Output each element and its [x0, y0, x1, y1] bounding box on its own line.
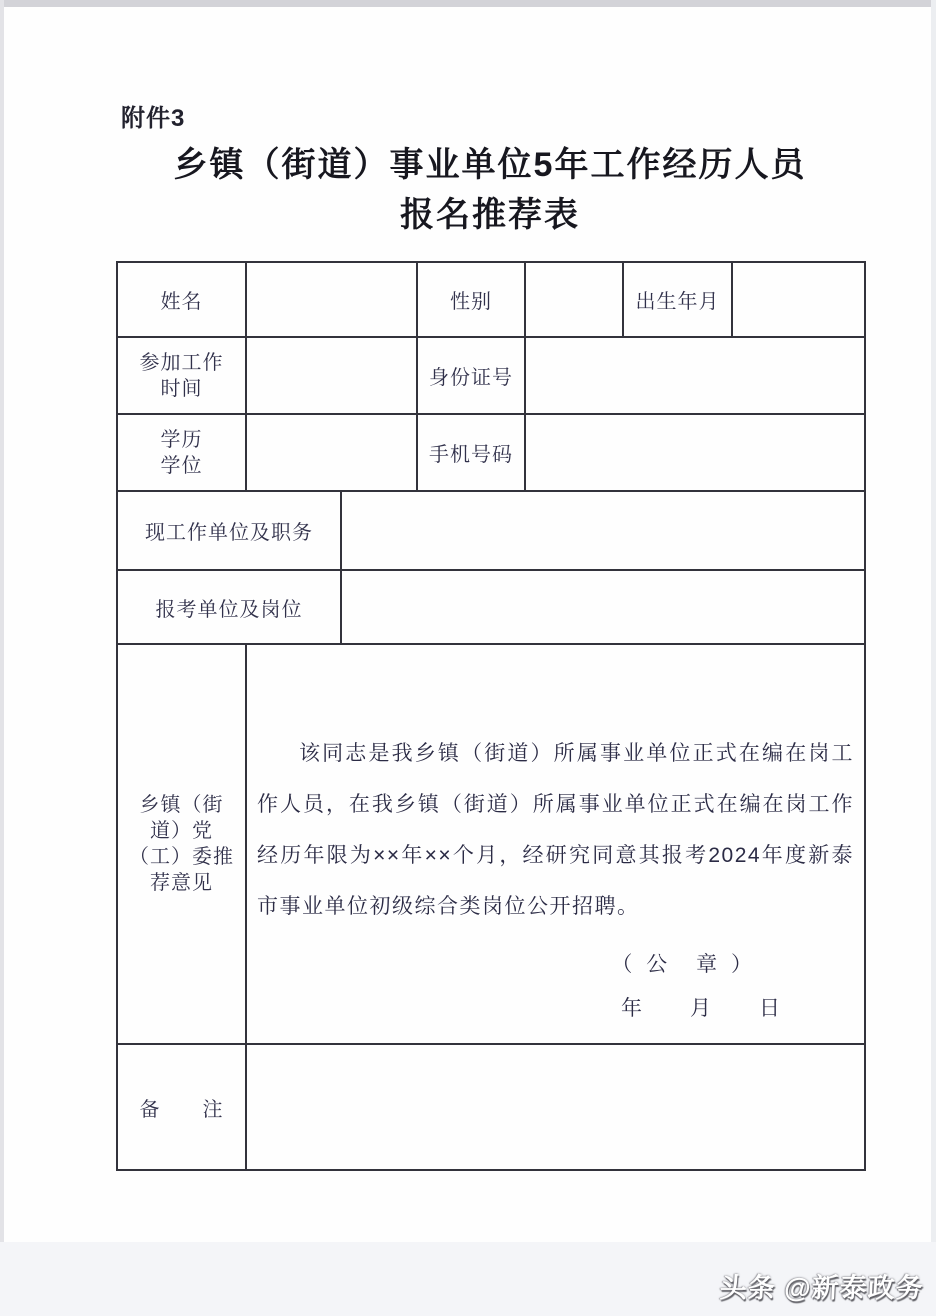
row-current-job: 现工作单位及职务 — [117, 491, 865, 570]
scan-edge-right — [931, 0, 936, 1316]
remarks-label-cell: 备 注 — [117, 1044, 246, 1170]
recommendation-text: 该同志是我乡镇（街道）所属事业单位正式在编在岗工作人员，在我乡镇（街道）所属事业… — [257, 728, 854, 932]
title-line-2: 报名推荐表 — [116, 190, 864, 240]
official-seal-placeholder: （ 公 章 ） — [257, 948, 756, 978]
toutiao-watermark: 头条 @新泰政务 — [719, 1266, 925, 1305]
applied-post-value-cell — [341, 570, 865, 644]
current-job-label-cell: 现工作单位及职务 — [117, 491, 341, 570]
row-recommendation: 乡镇（街 道）党 （工）委推 荐意见 该同志是我乡镇（街道）所属事业单位正式在编… — [117, 644, 865, 1044]
work-start-value-cell — [246, 337, 417, 414]
education-label-cell: 学历 学位 — [117, 414, 246, 491]
recommendation-opinion: 该同志是我乡镇（街道）所属事业单位正式在编在岗工作人员，在我乡镇（街道）所属事业… — [249, 666, 862, 1022]
applied-post-label-cell: 报考单位及岗位 — [117, 570, 341, 644]
date-placeholder: 年 月 日 — [257, 992, 782, 1022]
row-applied-post: 报考单位及岗位 — [117, 570, 865, 644]
gender-label-cell: 性别 — [417, 262, 525, 337]
recommendation-form-table: 姓名 性别 出生年月 参加工作 时间 身份证号 学历 学位 手机号码 现工作单位… — [116, 261, 866, 1171]
name-value-cell — [246, 262, 417, 337]
name-label-cell: 姓名 — [117, 262, 246, 337]
scan-edge-top — [0, 0, 936, 7]
row-remarks: 备 注 — [117, 1044, 865, 1170]
birth-value-cell — [732, 262, 865, 337]
row-workstart-id: 参加工作 时间 身份证号 — [117, 337, 865, 414]
remarks-value-cell — [246, 1044, 865, 1170]
row-education-phone: 学历 学位 手机号码 — [117, 414, 865, 491]
education-value-cell — [246, 414, 417, 491]
birth-label-cell: 出生年月 — [623, 262, 732, 337]
gender-value-cell — [525, 262, 623, 337]
title-line-1: 乡镇（街道）事业单位5年工作经历人员 — [116, 140, 864, 190]
phone-label-cell: 手机号码 — [417, 414, 525, 491]
attachment-label: 附件3 — [121, 98, 185, 133]
id-number-label-cell: 身份证号 — [417, 337, 525, 414]
recommendation-label-cell: 乡镇（街 道）党 （工）委推 荐意见 — [117, 644, 246, 1044]
id-number-value-cell — [525, 337, 865, 414]
phone-value-cell — [525, 414, 865, 491]
recommendation-content-cell: 该同志是我乡镇（街道）所属事业单位正式在编在岗工作人员，在我乡镇（街道）所属事业… — [246, 644, 865, 1044]
row-name-gender-birth: 姓名 性别 出生年月 — [117, 262, 865, 337]
document-title: 乡镇（街道）事业单位5年工作经历人员 报名推荐表 — [116, 140, 864, 240]
current-job-value-cell — [341, 491, 865, 570]
work-start-label-cell: 参加工作 时间 — [117, 337, 246, 414]
